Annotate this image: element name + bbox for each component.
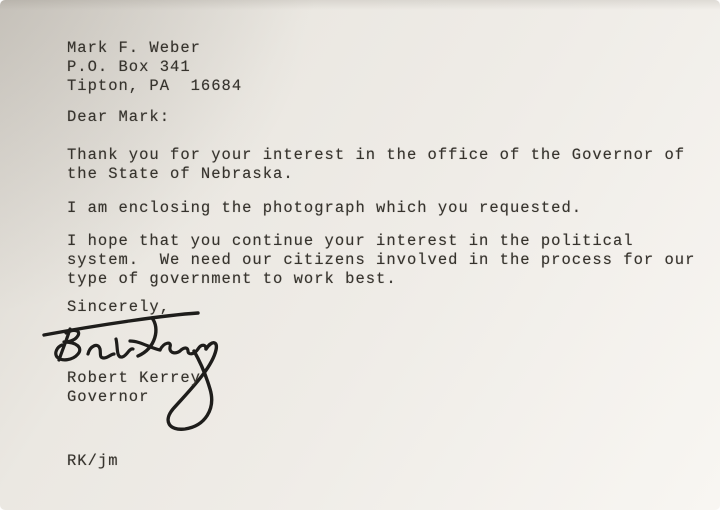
paragraph-line: I hope that you continue your interest i… (67, 232, 695, 251)
closing: Sincerely, (67, 298, 170, 317)
paragraph-line: type of government to work best. (67, 270, 695, 289)
paragraph-line: system. We need our citizens involved in… (67, 251, 695, 270)
signer-title: Governor (67, 388, 201, 407)
body-paragraph-2: I am enclosing the photograph which you … (67, 199, 582, 218)
recipient-po-box: P.O. Box 341 (67, 58, 242, 77)
paragraph-line: the State of Nebraska. (67, 165, 685, 184)
body-paragraph-3: I hope that you continue your interest i… (67, 232, 695, 289)
signer-block: Robert Kerrey Governor (67, 369, 201, 407)
signer-name: Robert Kerrey (67, 369, 201, 388)
paragraph-line: Thank you for your interest in the offic… (67, 146, 685, 165)
body-paragraph-1: Thank you for your interest in the offic… (67, 146, 685, 184)
recipient-name: Mark F. Weber (67, 39, 242, 58)
typist-initials: RK/jm (67, 452, 119, 471)
paragraph-line: I am enclosing the photograph which you … (67, 199, 582, 218)
salutation: Dear Mark: (67, 108, 170, 127)
recipient-address: Mark F. Weber P.O. Box 341 Tipton, PA 16… (67, 39, 242, 96)
letter-page: Mark F. Weber P.O. Box 341 Tipton, PA 16… (0, 0, 720, 510)
recipient-city-state-zip: Tipton, PA 16684 (67, 77, 242, 96)
